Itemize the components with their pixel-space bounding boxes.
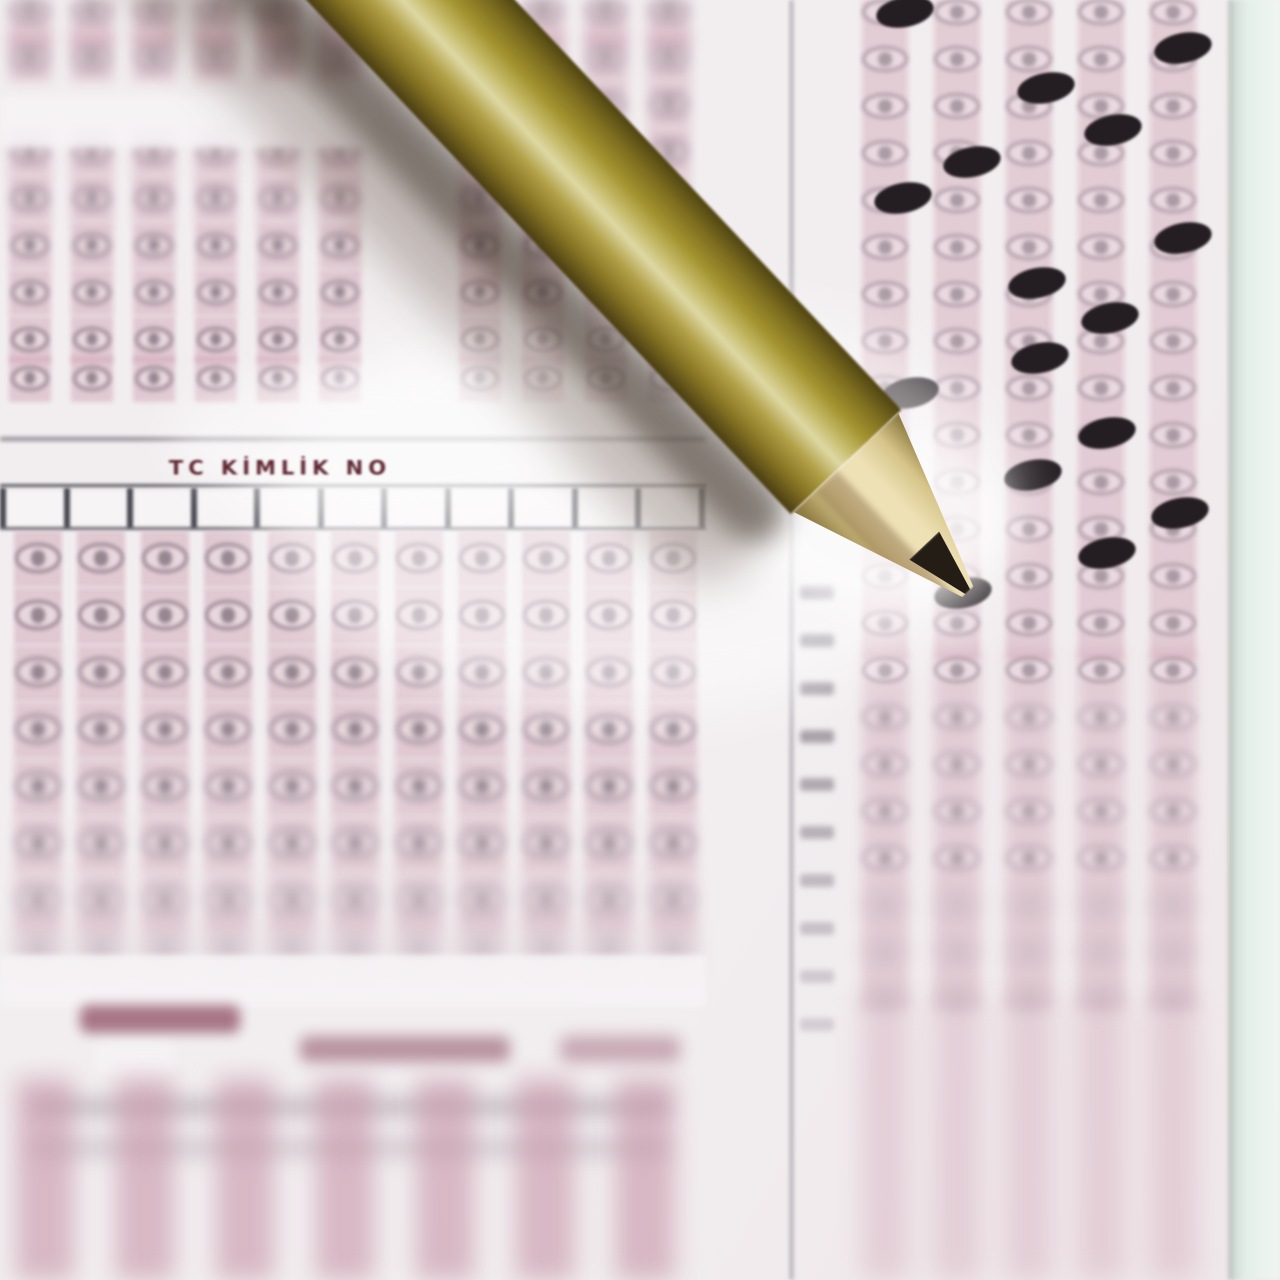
bubble-outline (934, 986, 980, 1012)
bubble-glyph (878, 992, 892, 1006)
question-number-smudge (800, 730, 834, 743)
question-number-smudge (800, 922, 834, 935)
bubble-outline (1006, 986, 1052, 1012)
question-number-smudge (800, 1018, 834, 1031)
photo-omr-answer-sheet: TC KİMLİK NO (0, 0, 1280, 1280)
bubble-outline (1078, 986, 1124, 1012)
tc-kimlik-no-label: TC KİMLİK NO (169, 457, 391, 479)
bubble-glyph (950, 992, 964, 1006)
tc-kimlik-no-header: TC KİMLİK NO (0, 448, 560, 488)
bubble-outline (1150, 986, 1196, 1012)
question-number-smudge (800, 970, 834, 983)
bubble-glyph (1022, 992, 1036, 1006)
bubble-glyph (1166, 992, 1180, 1006)
question-number-smudge (800, 874, 834, 887)
bubble-glyph (1094, 992, 1108, 1006)
sheet-right-edge (1228, 0, 1233, 1280)
question-number-smudge (800, 778, 834, 791)
question-number-smudge (800, 826, 834, 839)
bubble-outline (862, 986, 908, 1012)
